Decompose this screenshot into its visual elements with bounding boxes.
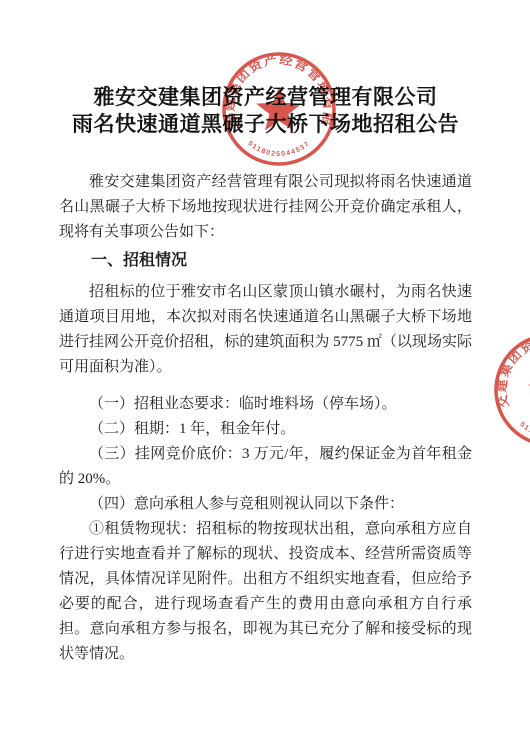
- item-2: （二）租期：1 年，租金年付。: [59, 417, 472, 442]
- intro-paragraph: 雅安交建集团资产经营管理有限公司现拟将雨名快速通道名山黑碾子大桥下场地按现状进行…: [59, 170, 472, 245]
- title-line-1: 雅安交建集团资产经营管理有限公司: [59, 84, 472, 111]
- title-line-2: 雨名快速通道黑碾子大桥下场地招租公告: [59, 111, 472, 138]
- document-content: 雅安交建集团资产经营管理有限公司 雨名快速通道黑碾子大桥下场地招租公告 雅安交建…: [59, 0, 472, 667]
- condition-1-paragraph: ①租赁物现状：招租标的物按现状出租，意向承租方应自行进行实地查看并了解标的现状、…: [59, 517, 472, 667]
- section1-paragraph: 招租标的位于雅安市名山区蒙顶山镇水碾村，为雨名快速通道项目用地，本次拟对雨名快速…: [59, 280, 472, 380]
- document-title: 雅安交建集团资产经营管理有限公司 雨名快速通道黑碾子大桥下场地招租公告: [59, 84, 472, 138]
- seal-ring: [496, 335, 530, 445]
- seal-company-name: 雅安交建集团资产经营管理有限公司: [491, 330, 530, 410]
- item-3: （三）挂网竞价底价：3 万元/年，履约保证金为首年租金的 20%。: [59, 442, 472, 492]
- partial-company-seal: 雅安交建集团资产经营管理有限公司 5118025044537: [491, 330, 530, 450]
- section-heading-1: 一、招租情况: [59, 248, 472, 273]
- item-1: （一）招租业态要求：临时堆料场（停车场）。: [59, 392, 472, 417]
- document-page: 雅安交建集团资产经营管理有限公司 雨名快速通道黑碾子大桥下场地招租公告 雅安交建…: [0, 0, 530, 751]
- seal-registration-number: 5118025044537: [518, 421, 530, 439]
- item-4: （四）意向承租人参与竞租则视认同以下条件：: [59, 492, 472, 517]
